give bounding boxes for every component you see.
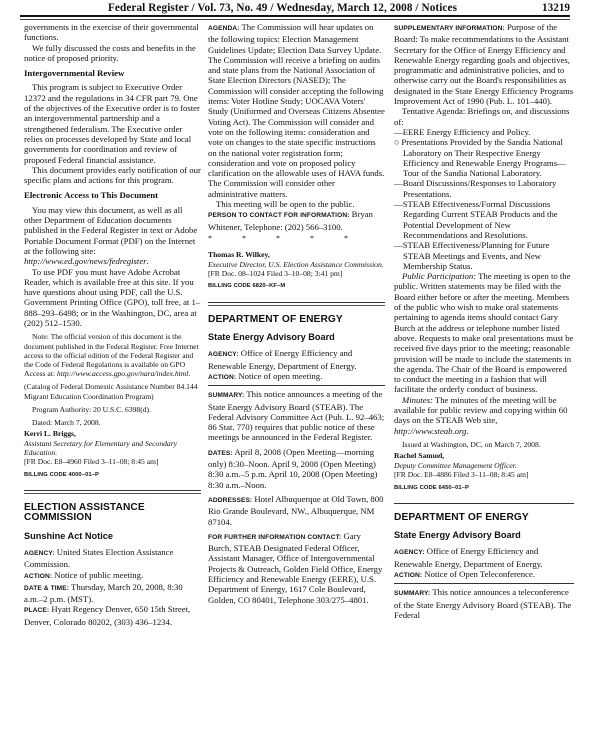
fr-doc-line: [FR Doc. E8–4960 Filed 3–11–08; 8:45 am] (24, 457, 201, 466)
agenda-item: —Board Discussions/Responses to Laborato… (394, 178, 574, 199)
text: . (147, 256, 149, 266)
billing-code: BILLING CODE 6450–01–P (394, 483, 574, 493)
column-3: SUPPLEMENTARY INFORMATION: Purpose of th… (394, 22, 574, 620)
field-value: Hyatt Regency Denver, 650 15th Street, D… (24, 604, 190, 626)
document-title: Sunshine Act Notice (24, 531, 201, 541)
agency-heading: ELECTION ASSISTANCE COMMISSION (24, 503, 201, 524)
field-label: PLACE: (24, 607, 49, 614)
steab-link[interactable]: http://www.steab.org (394, 426, 466, 436)
signer-title: Deputy Committee Management Officer. (394, 461, 574, 470)
field-label: ACTION: (24, 573, 52, 580)
catalog-note: (Catalog of Federal Domestic Assistance … (24, 382, 201, 400)
agenda-item-text: Board Discussions/Responses to Laborator… (403, 178, 557, 198)
action-field: ACTION: Notice of open meeting. (208, 371, 385, 386)
agency-heading: DEPARTMENT OF ENERGY (208, 315, 385, 325)
paragraph: Tentative Agenda: Briefings on, and disc… (394, 106, 574, 127)
field-value: The Commission will hear updates on the … (208, 22, 385, 199)
field-label: AGENCY: (208, 351, 239, 358)
paragraph: To use PDF you must have Adobe Acrobat R… (24, 267, 201, 329)
fr-doc-line: [FR Doc. 08–1024 Filed 3–10–08; 3:41 pm] (208, 269, 385, 278)
omission-stars: * * * * * (208, 234, 385, 244)
header-rule-thin (20, 19, 570, 20)
supplementary-field: SUPPLEMENTARY INFORMATION: Purpose of th… (394, 22, 574, 106)
place-field: PLACE: Hyatt Regency Denver, 650 15th St… (24, 604, 201, 627)
run-in-heading: Public Participation: (402, 271, 476, 281)
dash-marker: — (394, 127, 403, 137)
paragraph: You may view this document, as well as a… (24, 205, 201, 267)
field-value: Gary Burch, STEAB Designated Federal Off… (208, 531, 382, 605)
paragraph: This program is subject to Executive Ord… (24, 82, 201, 164)
page-header: Federal Register / Vol. 73, No. 49 / Wed… (20, 0, 570, 16)
field-value: Notice of Open Teleconference. (424, 569, 535, 579)
billing-code: BILLING CODE 6820–KF–M (208, 281, 385, 291)
field-label: SUMMARY: (208, 392, 244, 399)
field-label: ACTION: (394, 572, 422, 579)
text: The meeting is open to the public. Writt… (394, 271, 574, 394)
summary-field: SUMMARY: This notice announces a telecon… (394, 587, 574, 620)
header-rule (20, 15, 570, 17)
addresses-field: ADDRESSES: Hotel Albuquerque at Old Town… (208, 494, 385, 527)
dated-line: Dated: March 7, 2008. (24, 418, 201, 427)
action-field: ACTION: Notice of public meeting. (24, 570, 201, 582)
agenda-field: AGENDA: The Commission will hear updates… (208, 22, 385, 199)
agenda-item-text: STEAB Effectiveness/Planning for Future … (403, 240, 550, 271)
issued-line: Issued at Washington, DC, on March 7, 20… (394, 440, 574, 449)
signer-name: Thomas R. Wilkey, (208, 250, 385, 259)
summary-field: SUMMARY: This notice announces a meeting… (208, 389, 385, 442)
ed-gov-link[interactable]: http://www.ed.gov/news/fedregister (24, 256, 147, 266)
agenda-item: —STEAB Effectiveness/Planning for Future… (394, 240, 574, 271)
dash-marker: — (394, 199, 403, 209)
paragraph: governments in the exercise of their gov… (24, 22, 201, 43)
column-1: governments in the exercise of their gov… (24, 22, 201, 627)
action-field: ACTION: Notice of Open Teleconference. (394, 569, 574, 584)
signer-title: Executive Director, U.S. Election Assist… (208, 260, 385, 269)
text: . (466, 426, 468, 436)
dash-marker: — (394, 178, 403, 188)
field-label: AGENDA: (208, 25, 239, 32)
agenda-item: —STEAB Effectiveness/Formal Discussions … (394, 199, 574, 240)
section-divider (208, 302, 385, 306)
field-value: Purpose of the Board: To make recommenda… (394, 22, 573, 106)
column-2: AGENDA: The Commission will hear updates… (208, 22, 385, 605)
dates-field: DATES: April 8, 2008 (Open Meeting—morni… (208, 447, 385, 490)
field-label: PERSON TO CONTACT FOR INFORMATION: (208, 212, 350, 219)
agenda-item-text: EERE Energy Efficiency and Policy. (403, 127, 531, 137)
document-title: State Energy Advisory Board (208, 332, 385, 342)
agenda-item-text: STEAB Effectiveness/Formal Discussions R… (403, 199, 558, 240)
field-value: April 8, 2008 (Open Meeting—morning only… (208, 447, 377, 490)
field-label: DATES: (208, 450, 233, 457)
circle-bullet-icon: ○ (394, 137, 399, 147)
agenda-item: —EERE Energy Efficiency and Policy. (394, 127, 574, 137)
field-label: AGENCY: (24, 550, 55, 557)
note-paragraph: Note: The official version of this docum… (24, 332, 201, 378)
agency-heading: DEPARTMENT OF ENERGY (394, 513, 574, 523)
paragraph: This meeting will be open to the public. (208, 199, 385, 209)
fr-doc-line: [FR Doc. E8–4886 Filed 3–11–08; 8:45 am] (394, 470, 574, 479)
billing-code: BILLING CODE 4000–01–P (24, 470, 201, 480)
minutes: Minutes: The minutes of the meeting will… (394, 395, 574, 436)
field-label: ACTION: (208, 374, 236, 381)
public-participation: Public Participation: The meeting is ope… (394, 271, 574, 395)
signer-name: Rachel Samuel, (394, 451, 574, 460)
agency-field: AGENCY: Office of Energy Efficiency and … (394, 546, 574, 569)
agency-field: AGENCY: United States Election Assistanc… (24, 547, 201, 570)
paragraph: This document provides early notificatio… (24, 165, 201, 186)
paragraph: We fully discussed the costs and benefit… (24, 43, 201, 64)
field-value: Notice of public meeting. (54, 570, 143, 580)
run-in-heading: Minutes: (402, 395, 433, 405)
page-number: 13219 (542, 2, 570, 14)
text: . (188, 369, 190, 378)
agenda-item-text: Presentations Provided by the Sandia Nat… (401, 137, 565, 178)
signer-title: Assistant Secretary for Elementary and S… (24, 439, 201, 458)
agenda-subitem: ○ Presentations Provided by the Sandia N… (394, 137, 574, 178)
datetime-field: DATE & TIME: Thursday, March 20, 2008, 8… (24, 582, 201, 605)
section-heading-intergovernmental-review: Intergovernmental Review (24, 68, 201, 78)
agency-field: AGENCY: Office of Energy Efficiency and … (208, 348, 385, 371)
section-divider (394, 503, 574, 504)
field-label: AGENCY: (394, 549, 425, 556)
program-authority: Program Authority: 20 U.S.C. 6398(d). (24, 405, 201, 414)
field-label: FOR FURTHER INFORMATION CONTACT: (208, 534, 341, 541)
contact-field: PERSON TO CONTACT FOR INFORMATION: Bryan… (208, 209, 385, 232)
field-label: ADDRESSES: (208, 497, 252, 504)
text: You may view this document, as well as a… (24, 205, 197, 256)
field-label: DATE & TIME: (24, 585, 69, 592)
section-divider (24, 490, 201, 494)
section-heading-electronic-access: Electronic Access to This Document (24, 190, 201, 200)
field-label: SUMMARY: (394, 590, 430, 597)
document-title: State Energy Advisory Board (394, 530, 574, 540)
running-head-title: Federal Register / Vol. 73, No. 49 / Wed… (108, 2, 457, 14)
agenda-list: —EERE Energy Efficiency and Policy. ○ Pr… (394, 127, 574, 271)
further-info-field: FOR FURTHER INFORMATION CONTACT: Gary Bu… (208, 531, 385, 605)
gpo-access-link[interactable]: http://www.access.gpo.gov/nara/index.htm… (57, 369, 188, 378)
field-value: Notice of open meeting. (238, 371, 322, 381)
field-label: SUPPLEMENTARY INFORMATION: (394, 25, 505, 32)
dash-marker: — (394, 240, 403, 250)
signer-name: Kerri L. Briggs, (24, 429, 201, 438)
